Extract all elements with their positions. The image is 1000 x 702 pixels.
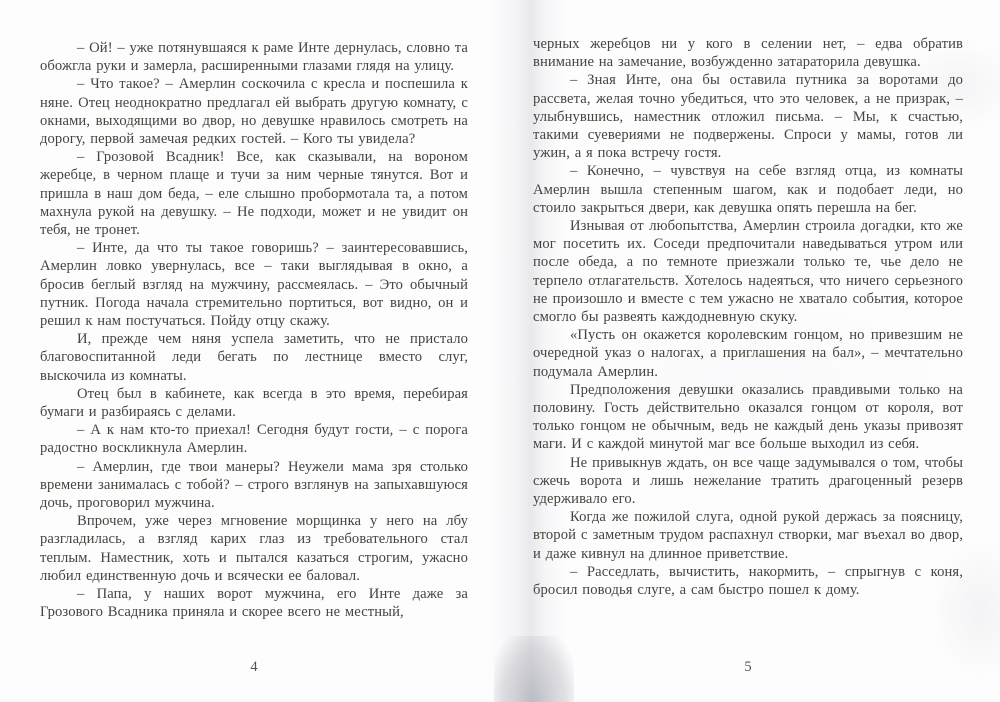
book-page-left: – Ой! – уже потянувшаяся к раме Инте дер… [40, 0, 468, 702]
paragraph: – Амерлин, где твои манеры? Неужели мама… [40, 458, 468, 513]
paragraph: – Инте, да что ты такое говоришь? – заин… [40, 239, 468, 330]
paragraph: – Папа, у наших ворот мужчина, его Инте … [40, 585, 468, 621]
page-number-left: 4 [40, 659, 468, 676]
paragraph: – А к нам кто-то приехал! Сегодня будут … [40, 421, 468, 457]
page-number-right: 5 [533, 659, 963, 676]
paragraph: Отец был в кабинете, как всегда в это вр… [40, 385, 468, 421]
paragraph: Впрочем, уже через мгновение морщинка у … [40, 512, 468, 585]
paragraph: «Пусть он окажется королевским гонцом, н… [533, 326, 963, 381]
paragraph: И, прежде чем няня успела заметить, что … [40, 330, 468, 385]
paragraph: – Ой! – уже потянувшаяся к раме Инте дер… [40, 39, 468, 75]
paragraph: – Зная Инте, она бы оставила путника за … [533, 71, 963, 162]
page-text-left: – Ой! – уже потянувшаяся к раме Инте дер… [40, 39, 468, 622]
paragraph: Предположения девушки оказались правдивы… [533, 381, 963, 454]
paragraph: – Конечно, – чувствуя на себе взгляд отц… [533, 162, 963, 217]
book-page-right: черных жеребцов ни у кого в селении нет,… [533, 0, 963, 702]
book-spread: – Ой! – уже потянувшаяся к раме Инте дер… [0, 0, 1000, 702]
paragraph: – Что такое? – Амерлин соскочила с кресл… [40, 75, 468, 148]
paragraph: Когда же пожилой слуга, одной рукой держ… [533, 508, 963, 563]
paragraph: – Грозовой Всадник! Все, как сказывали, … [40, 148, 468, 239]
paragraph: черных жеребцов ни у кого в селении нет,… [533, 35, 963, 71]
paragraph: – Расседлать, вычистить, накормить, – сп… [533, 563, 963, 599]
page-text-right: черных жеребцов ни у кого в селении нет,… [533, 35, 963, 599]
paragraph: Не привыкнув ждать, он все чаще задумыва… [533, 454, 963, 509]
paragraph: Изнывая от любопытства, Амерлин строила … [533, 217, 963, 326]
